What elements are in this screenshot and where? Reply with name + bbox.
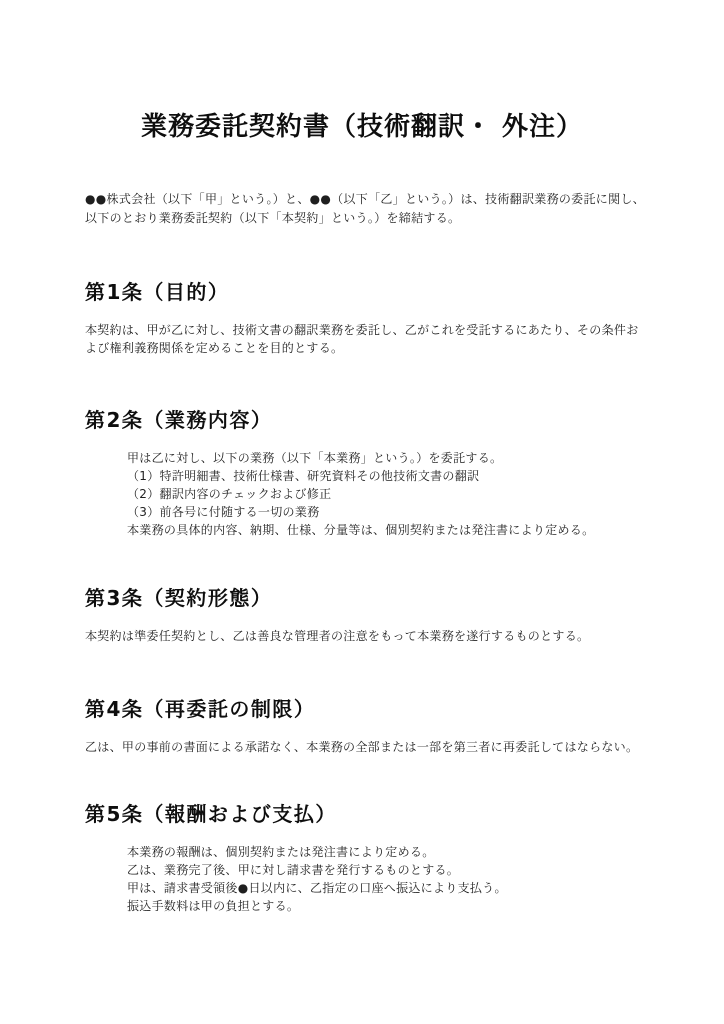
article-5-heading: 第5条（報酬および支払） bbox=[85, 801, 684, 827]
article-body-line: 甲は、請求書受領後●日以内に、乙指定の口座へ振込により支払う。 bbox=[127, 879, 684, 897]
article-body-line: 甲は乙に対し、以下の業務（以下「本業務」という。）を委託する。 bbox=[127, 449, 684, 467]
article-5-body: 本業務の報酬は、個別契約または発注書により定める。 乙は、業務完了後、甲に対し請… bbox=[85, 843, 684, 915]
article-body-line: 本業務の報酬は、個別契約または発注書により定める。 bbox=[127, 843, 684, 861]
document-title: 業務委託契約書（技術翻訳・ 外注） bbox=[0, 108, 724, 146]
article-3-heading: 第3条（契約形態） bbox=[85, 585, 684, 611]
article-body-line: 本契約は準委任契約とし、乙は善良な管理者の注意をもって本業務を遂行するものとする… bbox=[85, 627, 684, 645]
section-article-5: 第5条（報酬および支払） 本業務の報酬は、個別契約または発注書により定める。 乙… bbox=[85, 801, 684, 915]
article-1-body: 本契約は、甲が乙に対し、技術文書の翻訳業務を委託し、乙がこれを受託するにあたり、… bbox=[85, 321, 684, 357]
article-body-line: （2）翻訳内容のチェックおよび修正 bbox=[127, 485, 684, 503]
article-body-line: 振込手数料は甲の負担とする。 bbox=[127, 897, 684, 915]
article-body-line: 乙は、業務完了後、甲に対し請求書を発行するものとする。 bbox=[127, 861, 684, 879]
article-body-line: よび権利義務関係を定めることを目的とする。 bbox=[85, 339, 684, 357]
article-body-line: （3）前各号に付随する一切の業務 bbox=[127, 503, 684, 521]
contract-document-page: 業務委託契約書（技術翻訳・ 外注） ●●株式会社（以下「甲」という。）と、●●（… bbox=[0, 0, 724, 1024]
article-3-body: 本契約は準委任契約とし、乙は善良な管理者の注意をもって本業務を遂行するものとする… bbox=[85, 627, 684, 645]
article-body-line: 乙は、甲の事前の書面による承諾なく、本業務の全部または一部を第三者に再委託しては… bbox=[85, 738, 684, 756]
article-body-line: 本業務の具体的内容、納期、仕様、分量等は、個別契約または発注書により定める。 bbox=[127, 521, 684, 539]
article-body-line: （1）特許明細書、技術仕様書、研究資料その他技術文書の翻訳 bbox=[127, 467, 684, 485]
section-article-4: 第4条（再委託の制限） 乙は、甲の事前の書面による承諾なく、本業務の全部または一… bbox=[85, 696, 684, 756]
article-body-line: 本契約は、甲が乙に対し、技術文書の翻訳業務を委託し、乙がこれを受託するにあたり、… bbox=[85, 321, 684, 339]
article-2-heading: 第2条（業務内容） bbox=[85, 407, 684, 433]
section-article-1: 第1条（目的） 本契約は、甲が乙に対し、技術文書の翻訳業務を委託し、乙がこれを受… bbox=[85, 279, 684, 357]
intro-line: ●●株式会社（以下「甲」という。）と、●●（以下「乙」という。）は、技術翻訳業務… bbox=[85, 190, 645, 209]
article-4-body: 乙は、甲の事前の書面による承諾なく、本業務の全部または一部を第三者に再委託しては… bbox=[85, 738, 684, 756]
article-1-heading: 第1条（目的） bbox=[85, 279, 684, 305]
section-article-3: 第3条（契約形態） 本契約は準委任契約とし、乙は善良な管理者の注意をもって本業務… bbox=[85, 585, 684, 645]
article-2-body: 甲は乙に対し、以下の業務（以下「本業務」という。）を委託する。 （1）特許明細書… bbox=[85, 449, 684, 539]
article-4-heading: 第4条（再委託の制限） bbox=[85, 696, 684, 722]
section-article-2: 第2条（業務内容） 甲は乙に対し、以下の業務（以下「本業務」という。）を委託する… bbox=[85, 407, 684, 539]
intro-paragraph: ●●株式会社（以下「甲」という。）と、●●（以下「乙」という。）は、技術翻訳業務… bbox=[85, 190, 645, 228]
intro-line: 以下のとおり業務委託契約（以下「本契約」という。）を締結する。 bbox=[85, 209, 645, 228]
